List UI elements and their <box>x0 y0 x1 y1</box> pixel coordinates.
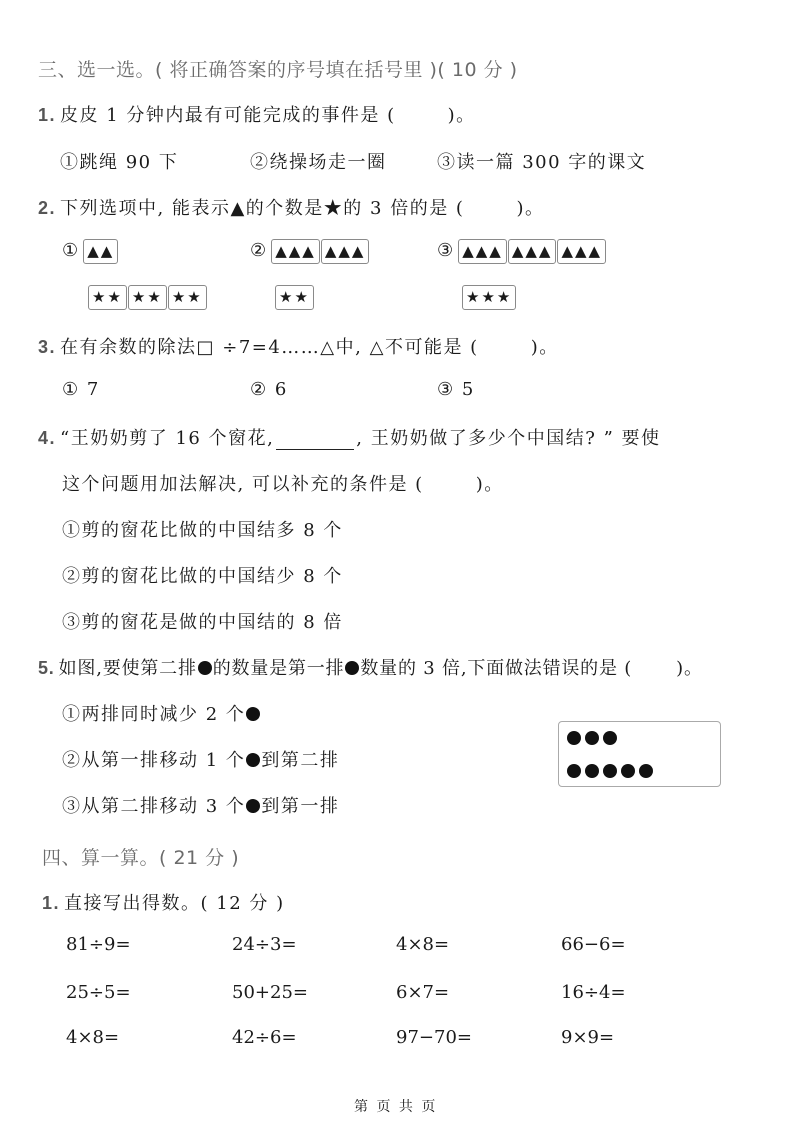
triangle-group: ▲▲▲ <box>321 239 370 264</box>
question-3: 3.在有余数的除法□ ÷7=4……△中, △不可能是 ()。 <box>38 333 559 359</box>
question-text: 下列选项中, 能表示▲的个数是★的 3 倍的是 ( <box>60 198 464 219</box>
question-text: 如图,要使第二排 <box>59 658 197 679</box>
question-text-cont: , 王奶奶做了多少个中国结? ” 要使 <box>356 428 660 449</box>
option-text: ②从第一排移动 1 个 <box>62 750 245 771</box>
section-3-title: 三、选一选。( 将正确答案的序号填在括号里 )( 10 分 ) <box>38 55 518 82</box>
q3-option-2: ② 6 <box>250 379 288 400</box>
dot-figure <box>558 721 721 787</box>
dot-icon <box>621 764 635 778</box>
option-text: ③从第二排移动 3 个 <box>62 796 245 817</box>
condition-blank[interactable] <box>276 432 354 450</box>
calc-item[interactable]: 97−70= <box>396 1027 472 1048</box>
dot-row-1 <box>567 731 617 745</box>
section-4-title: 四、算一算。( 21 分 ) <box>42 843 239 870</box>
question-text-end: )。 <box>448 105 476 126</box>
calc-item[interactable]: 4×8= <box>66 1027 119 1048</box>
calc-item[interactable]: 16÷4= <box>561 982 626 1003</box>
q5-option-1: ①两排同时减少 2 个 <box>62 700 261 726</box>
dot-icon <box>567 764 581 778</box>
option-label: ③ <box>437 240 453 261</box>
dot-icon <box>585 764 599 778</box>
option-label: ② <box>250 240 266 261</box>
triangle-group: ▲▲▲ <box>557 239 606 264</box>
section-4-question-1: 1.直接写出得数。( 12 分 ) <box>42 889 285 915</box>
star-group: ★★ <box>128 285 167 310</box>
calc-item[interactable]: 50+25= <box>232 982 308 1003</box>
q1-option-1: ①跳绳 90 下 <box>60 148 178 174</box>
q2-option-3-stars: ★★★ <box>462 285 517 310</box>
option-label: ① <box>62 240 78 261</box>
circle-icon <box>246 799 260 813</box>
dot-row-2 <box>567 764 653 778</box>
question-text-end: )。 <box>516 198 544 219</box>
question-number: 4. <box>38 428 56 448</box>
star-group: ★★★ <box>462 285 516 310</box>
question-text: 直接写出得数。( 12 分 ) <box>64 893 285 914</box>
option-text: ①两排同时减少 2 个 <box>62 704 245 725</box>
question-number: 2. <box>38 198 56 218</box>
option-text: 到第一排 <box>261 796 339 817</box>
q4-option-1: ①剪的窗花比做的中国结多 8 个 <box>62 516 343 542</box>
question-1: 1.皮皮 1 分钟内最有可能完成的事件是 ()。 <box>38 101 476 127</box>
circle-icon <box>246 707 260 721</box>
star-group: ★★ <box>88 285 127 310</box>
question-2: 2.下列选项中, 能表示▲的个数是★的 3 倍的是 ()。 <box>38 194 544 220</box>
triangle-group: ▲▲ <box>83 239 118 264</box>
q5-option-2: ②从第一排移动 1 个到第二排 <box>62 746 339 772</box>
question-number: 5. <box>38 658 55 678</box>
question-text: “王奶奶剪了 16 个窗花, <box>60 428 274 449</box>
triangle-group: ▲▲▲ <box>508 239 557 264</box>
question-text-end: )。 <box>476 474 504 495</box>
q1-option-2: ②绕操场走一圈 <box>250 148 387 174</box>
calc-item[interactable]: 25÷5= <box>66 982 131 1003</box>
dot-icon <box>567 731 581 745</box>
triangle-group: ▲▲▲ <box>271 239 320 264</box>
circle-icon <box>198 661 212 675</box>
calc-item[interactable]: 9×9= <box>561 1027 614 1048</box>
q2-option-3-triangles: ③ ▲▲▲▲▲▲▲▲▲ <box>437 239 607 264</box>
question-number: 3. <box>38 337 56 357</box>
question-number: 1. <box>42 893 60 913</box>
calc-item[interactable]: 81÷9= <box>66 934 131 955</box>
calc-item[interactable]: 66−6= <box>561 934 626 955</box>
q3-option-3: ③ 5 <box>437 379 475 400</box>
q3-option-1: ① 7 <box>62 379 100 400</box>
q4-option-2: ②剪的窗花比做的中国结少 8 个 <box>62 562 343 588</box>
question-text: 皮皮 1 分钟内最有可能完成的事件是 ( <box>60 105 396 126</box>
circle-icon <box>345 661 359 675</box>
triangle-group: ▲▲▲ <box>458 239 507 264</box>
question-text: 这个问题用加法解决, 可以补充的条件是 ( <box>62 474 424 495</box>
question-number: 1. <box>38 105 56 125</box>
star-group: ★★ <box>168 285 207 310</box>
q2-option-1-stars: ★★★★★★ <box>88 285 208 310</box>
calc-item[interactable]: 24÷3= <box>232 934 297 955</box>
question-4-line-1: 4.“王奶奶剪了 16 个窗花,, 王奶奶做了多少个中国结? ” 要使 <box>38 424 661 450</box>
q2-option-1-triangles: ① ▲▲ <box>62 239 119 264</box>
q1-option-3: ③读一篇 300 字的课文 <box>437 148 646 174</box>
calc-item[interactable]: 6×7= <box>396 982 449 1003</box>
q2-option-2-stars: ★★ <box>275 285 315 310</box>
dot-icon <box>585 731 599 745</box>
q4-option-3: ③剪的窗花是做的中国结的 8 倍 <box>62 608 343 634</box>
dot-icon <box>639 764 653 778</box>
question-4-line-2: 这个问题用加法解决, 可以补充的条件是 ()。 <box>62 470 504 496</box>
question-text-end: )。 <box>531 337 559 358</box>
question-text-end: )。 <box>676 658 703 679</box>
q2-option-2-triangles: ② ▲▲▲▲▲▲ <box>250 239 370 264</box>
q5-option-3: ③从第二排移动 3 个到第一排 <box>62 792 339 818</box>
dot-icon <box>603 764 617 778</box>
calc-item[interactable]: 42÷6= <box>232 1027 297 1048</box>
dot-icon <box>603 731 617 745</box>
question-5: 5.如图,要使第二排的数量是第一排数量的 3 倍,下面做法错误的是 ()。 <box>38 654 703 680</box>
page-footer: 第 页 共 页 <box>354 1096 437 1116</box>
option-text: 到第二排 <box>261 750 339 771</box>
question-text: 的数量是第一排 <box>213 658 345 679</box>
star-group: ★★ <box>275 285 314 310</box>
question-text: 数量的 3 倍,下面做法错误的是 ( <box>360 658 632 679</box>
circle-icon <box>246 753 260 767</box>
calc-item[interactable]: 4×8= <box>396 934 449 955</box>
question-text: 在有余数的除法□ ÷7=4……△中, △不可能是 ( <box>60 337 479 358</box>
